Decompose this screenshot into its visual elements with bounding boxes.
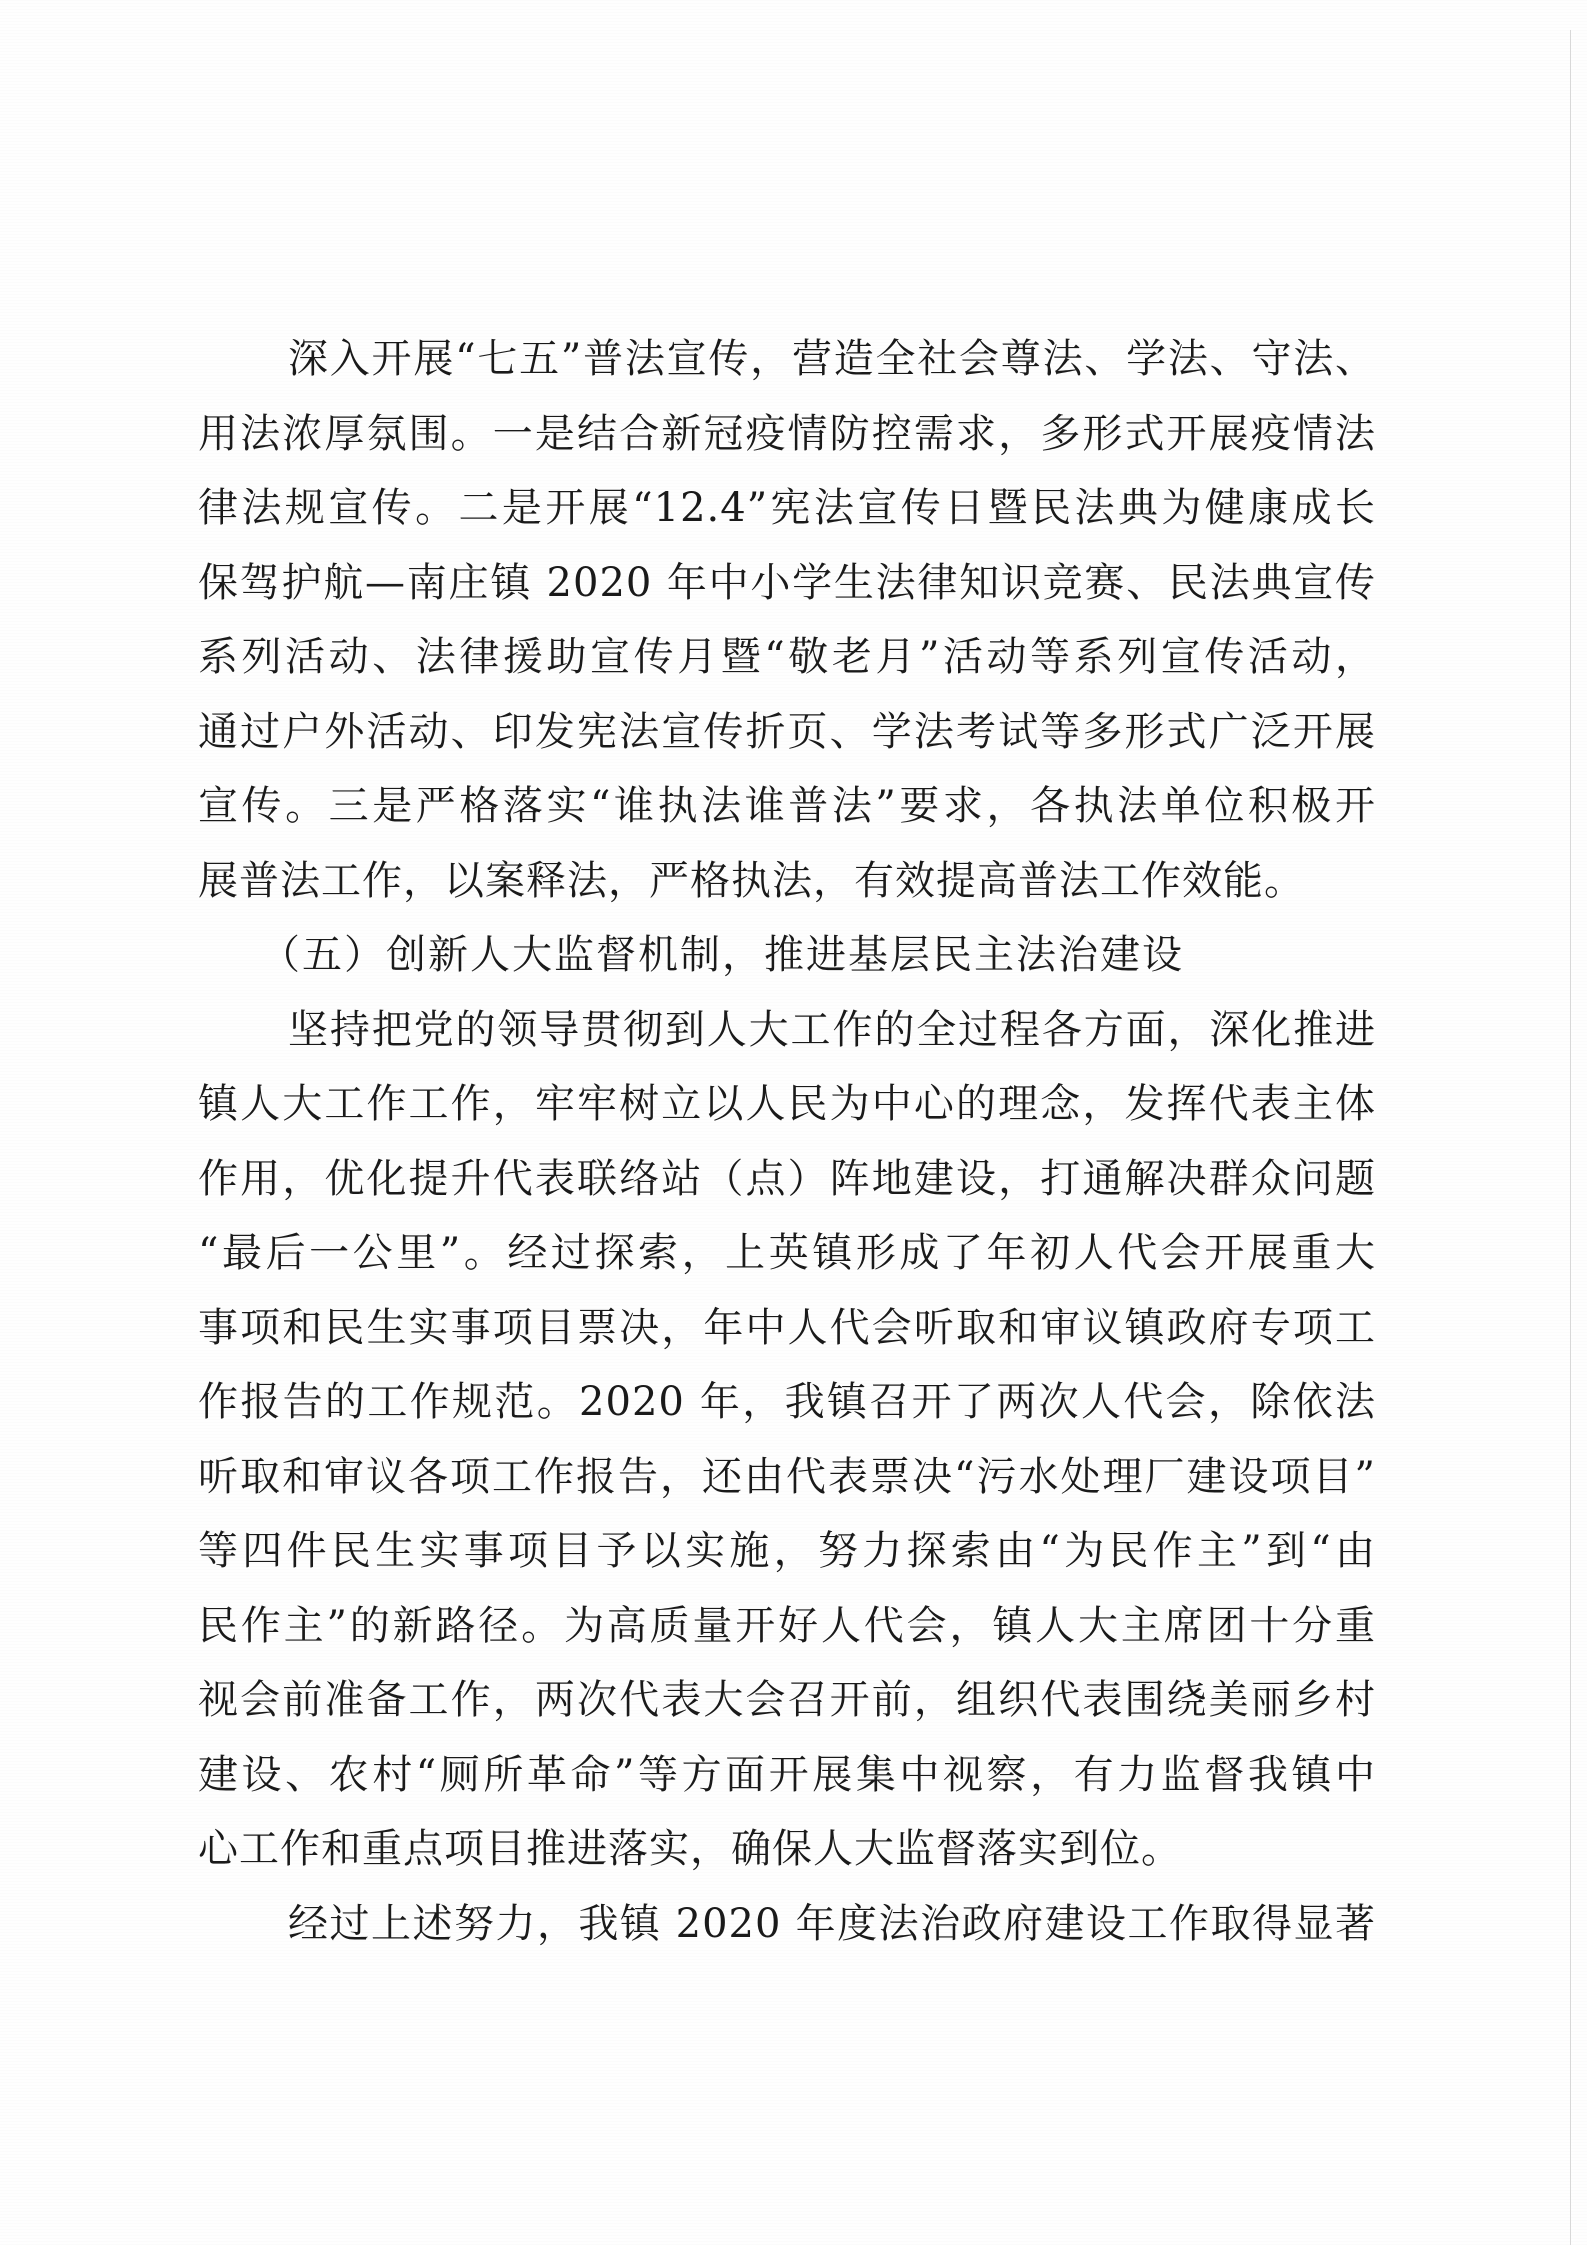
scan-edge-line — [1570, 30, 1571, 2245]
paragraph-legal-publicity: 深入开展“七五”普法宣传，营造全社会尊法、学法、守法、 用法浓厚氛围。一是结合新… — [198, 322, 1376, 918]
paragraph-congress-supervision: 坚持把党的领导贯彻到人大工作的全过程各方面，深化推进 镇人大工作工作，牢牢树立以… — [198, 993, 1376, 1887]
paragraph-line: 通过户外活动、印发宪法宣传折页、学法考试等多形式广泛开展 — [198, 695, 1376, 770]
paragraph-line: 坚持把党的领导贯彻到人大工作的全过程各方面，深化推进 — [198, 993, 1376, 1068]
document-body: 深入开展“七五”普法宣传，营造全社会尊法、学法、守法、 用法浓厚氛围。一是结合新… — [198, 322, 1376, 1961]
paragraph-line: 民作主”的新路径。为高质量开好人代会，镇人大主席团十分重 — [198, 1589, 1376, 1664]
paragraph-line: 视会前准备工作，两次代表大会召开前，组织代表围绕美丽乡村 — [198, 1663, 1376, 1738]
paragraph-line: 听取和审议各项工作报告，还由代表票决“污水处理厂建设项目” — [198, 1440, 1376, 1515]
paragraph-line: 作报告的工作规范。2020 年，我镇召开了两次人代会，除依法 — [198, 1365, 1376, 1440]
paragraph-line: 镇人大工作工作，牢牢树立以人民为中心的理念，发挥代表主体 — [198, 1067, 1376, 1142]
paragraph-line: 律法规宣传。二是开展“12.4”宪法宣传日暨民法典为健康成长 — [198, 471, 1376, 546]
scanned-page: 深入开展“七五”普法宣传，营造全社会尊法、学法、守法、 用法浓厚氛围。一是结合新… — [0, 0, 1587, 2245]
paragraph-line: 作用，优化提升代表联络站（点）阵地建设，打通解决群众问题 — [198, 1142, 1376, 1217]
paragraph-line: “最后一公里”。经过探索，上英镇形成了年初人代会开展重大 — [198, 1216, 1376, 1291]
section-heading: （五）创新人大监督机制，推进基层民主法治建设 — [198, 918, 1376, 993]
paragraph-line: 深入开展“七五”普法宣传，营造全社会尊法、学法、守法、 — [198, 322, 1376, 397]
paragraph-line: 保驾护航—南庄镇 2020 年中小学生法律知识竞赛、民法典宣传 — [198, 546, 1376, 621]
paragraph-line: 事项和民生实事项目票决，年中人代会听取和审议镇政府专项工 — [198, 1291, 1376, 1366]
paragraph-line: 经过上述努力，我镇 2020 年度法治政府建设工作取得显著 — [198, 1887, 1376, 1962]
paragraph-summary: 经过上述努力，我镇 2020 年度法治政府建设工作取得显著 — [198, 1887, 1376, 1962]
paragraph-line: 宣传。三是严格落实“谁执法谁普法”要求，各执法单位积极开 — [198, 769, 1376, 844]
paragraph-line: 建设、农村“厕所革命”等方面开展集中视察，有力监督我镇中 — [198, 1738, 1376, 1813]
paragraph-line: 系列活动、法律援助宣传月暨“敬老月”活动等系列宣传活动， — [198, 620, 1376, 695]
paragraph-line: 心工作和重点项目推进落实，确保人大监督落实到位。 — [198, 1812, 1376, 1887]
paragraph-line: 展普法工作，以案释法，严格执法，有效提高普法工作效能。 — [198, 844, 1376, 919]
paragraph-line: 等四件民生实事项目予以实施，努力探索由“为民作主”到“由 — [198, 1514, 1376, 1589]
paragraph-line: 用法浓厚氛围。一是结合新冠疫情防控需求，多形式开展疫情法 — [198, 397, 1376, 472]
